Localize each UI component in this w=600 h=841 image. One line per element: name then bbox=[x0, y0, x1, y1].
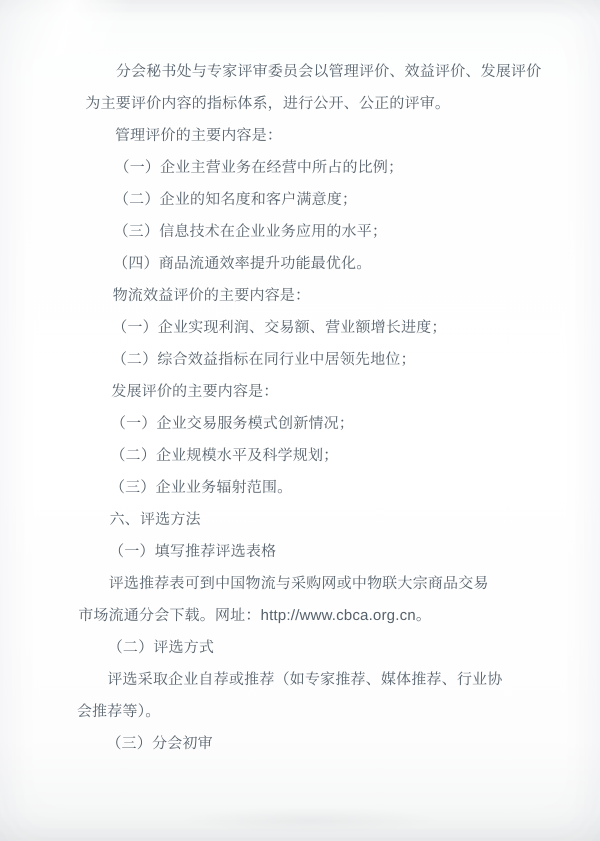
subsection-heading: （一）填写推荐评选表格 bbox=[79, 536, 531, 568]
text-line: 评选采取企业自荐或推荐（如专家推荐、媒体推荐、行业协 bbox=[77, 664, 529, 696]
list-item: （四）商品流通效率提升功能最优化。 bbox=[83, 248, 535, 280]
document-text-block: 分会秘书处与专家评审委员会以管理评价、效益评价、发展评价 为主要评价内容的指标体… bbox=[76, 56, 538, 760]
text-line: 为主要评价内容的指标体系，进行公开、公正的评审。 bbox=[85, 88, 537, 120]
list-item: （一）企业实现利润、交易额、营业额增长进度； bbox=[82, 312, 534, 344]
list-item: （二）企业的知名度和客户满意度； bbox=[84, 184, 536, 216]
list-item: （三）信息技术在企业业务应用的水平； bbox=[83, 216, 535, 248]
list-item: （二）综合效益指标在同行业中居领先地位； bbox=[82, 344, 534, 376]
text-line: 会推荐等）。 bbox=[77, 696, 529, 728]
text-line-with-url: 市场流通分会下载。网址：http://www.cbca.org.cn。 bbox=[78, 600, 530, 632]
scan-smudge-artifact bbox=[180, 807, 440, 833]
section-heading: 六、评选方法 bbox=[79, 504, 531, 536]
text-line: 管理评价的主要内容是： bbox=[85, 120, 537, 152]
subsection-heading: （三）分会初审 bbox=[76, 728, 528, 760]
document-page: 分会秘书处与专家评审委员会以管理评价、效益评价、发展评价 为主要评价内容的指标体… bbox=[0, 0, 600, 841]
text-line: 发展评价的主要内容是： bbox=[81, 376, 533, 408]
list-item: （二）企业规模水平及科学规划； bbox=[80, 440, 532, 472]
subsection-heading: （二）评选方式 bbox=[78, 632, 530, 664]
list-item: （三）企业业务辐射范围。 bbox=[80, 472, 532, 504]
text-line: 物流效益评价的主要内容是： bbox=[82, 280, 534, 312]
text-line: 分会秘书处与专家评审委员会以管理评价、效益评价、发展评价 bbox=[86, 56, 538, 88]
list-item: （一）企业主营业务在经营中所占的比例； bbox=[84, 152, 536, 184]
list-item: （一）企业交易服务模式创新情况； bbox=[81, 408, 533, 440]
text-line: 评选推荐表可到中国物流与采购网或中物联大宗商品交易 bbox=[78, 568, 530, 600]
